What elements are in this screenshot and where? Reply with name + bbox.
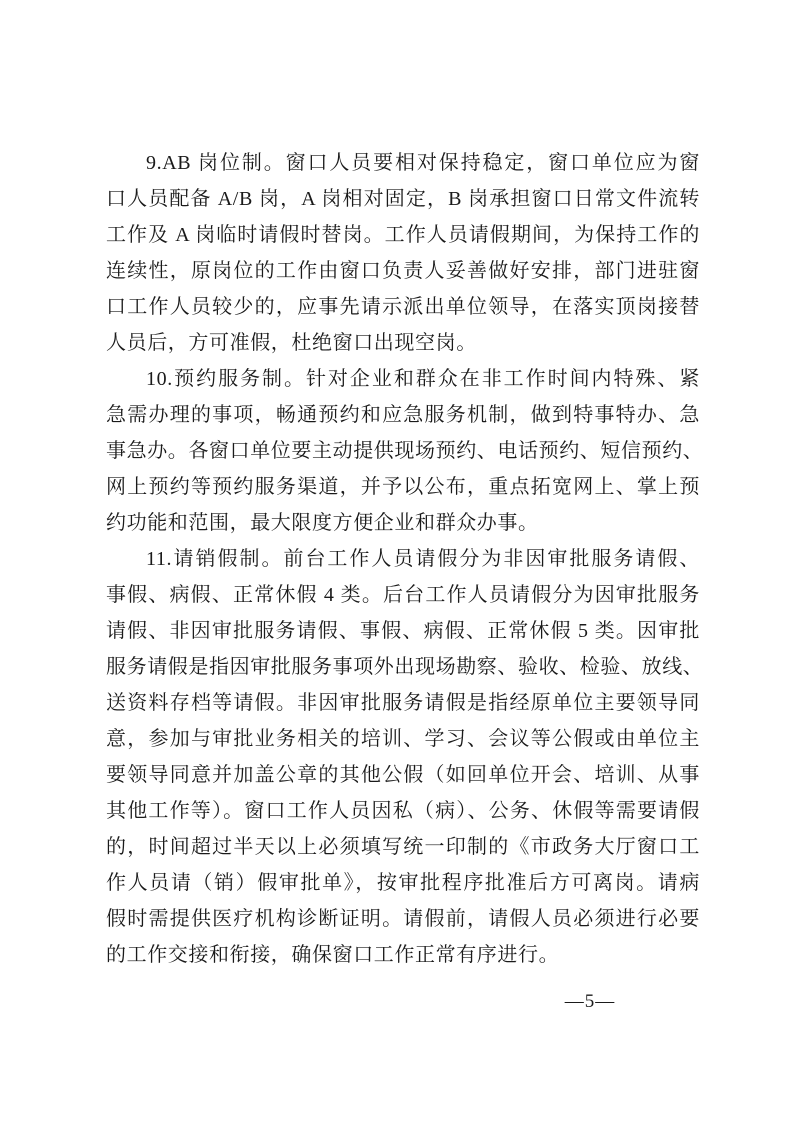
text-line: 作人员请（销）假审批单》，按审批程序批准后方可离岗。请病	[106, 865, 700, 901]
text-line: 网上预约等预约服务渠道，并予以公布，重点拓宽网上、掌上预	[106, 469, 700, 505]
text-line: 急需办理的事项，畅通预约和应急服务机制，做到特事特办、急	[106, 397, 700, 433]
text-line: 人员后，方可准假，杜绝窗口出现空岗。	[106, 325, 700, 361]
text-line: 10.预约服务制。针对企业和群众在非工作时间内特殊、紧	[106, 361, 700, 397]
text-line: 送资料存档等请假。非因审批服务请假是指经原单位主要领导同	[106, 685, 700, 721]
text-line: 服务请假是指因审批服务事项外出现场勘察、验收、检验、放线、	[106, 649, 700, 685]
page-number: —5—	[558, 988, 622, 1016]
text-line: 要领导同意并加盖公章的其他公假（如回单位开会、培训、从事	[106, 757, 700, 793]
text-line: 连续性，原岗位的工作由窗口负责人妥善做好安排，部门进驻窗	[106, 253, 700, 289]
text-line: 事假、病假、正常休假 4 类。后台工作人员请假分为因审批服务	[106, 577, 700, 613]
text-line: 假时需提供医疗机构诊断证明。请假前，请假人员必须进行必要	[106, 901, 700, 937]
document-body: 9.AB 岗位制。窗口人员要相对保持稳定，窗口单位应为窗口人员配备 A/B 岗，…	[106, 145, 700, 973]
text-line: 事急办。各窗口单位要主动提供现场预约、电话预约、短信预约、	[106, 433, 700, 469]
text-line: 意，参加与审批业务相关的培训、学习、会议等公假或由单位主	[106, 721, 700, 757]
text-line: 9.AB 岗位制。窗口人员要相对保持稳定，窗口单位应为窗	[106, 145, 700, 181]
text-line: 其他工作等）。窗口工作人员因私（病）、公务、休假等需要请假	[106, 793, 700, 829]
paragraph-10-appointment-service-system: 10.预约服务制。针对企业和群众在非工作时间内特殊、紧急需办理的事项，畅通预约和…	[106, 361, 700, 541]
text-line: 的工作交接和衔接，确保窗口工作正常有序进行。	[106, 937, 700, 973]
text-line: 约功能和范围，最大限度方便企业和群众办事。	[106, 505, 700, 541]
text-line: 的，时间超过半天以上必须填写统一印制的《市政务大厅窗口工	[106, 829, 700, 865]
text-line: 口工作人员较少的，应事先请示派出单位领导，在落实顶岗接替	[106, 289, 700, 325]
text-line: 口人员配备 A/B 岗，A 岗相对固定，B 岗承担窗口日常文件流转	[106, 181, 700, 217]
paragraph-11-leave-system: 11.请销假制。前台工作人员请假分为非因审批服务请假、事假、病假、正常休假 4 …	[106, 541, 700, 973]
paragraph-9-ab-post-system: 9.AB 岗位制。窗口人员要相对保持稳定，窗口单位应为窗口人员配备 A/B 岗，…	[106, 145, 700, 361]
document-page: 9.AB 岗位制。窗口人员要相对保持稳定，窗口单位应为窗口人员配备 A/B 岗，…	[0, 0, 793, 1122]
text-line: 工作及 A 岗临时请假时替岗。工作人员请假期间，为保持工作的	[106, 217, 700, 253]
text-line: 请假、非因审批服务请假、事假、病假、正常休假 5 类。因审批	[106, 613, 700, 649]
text-line: 11.请销假制。前台工作人员请假分为非因审批服务请假、	[106, 541, 700, 577]
